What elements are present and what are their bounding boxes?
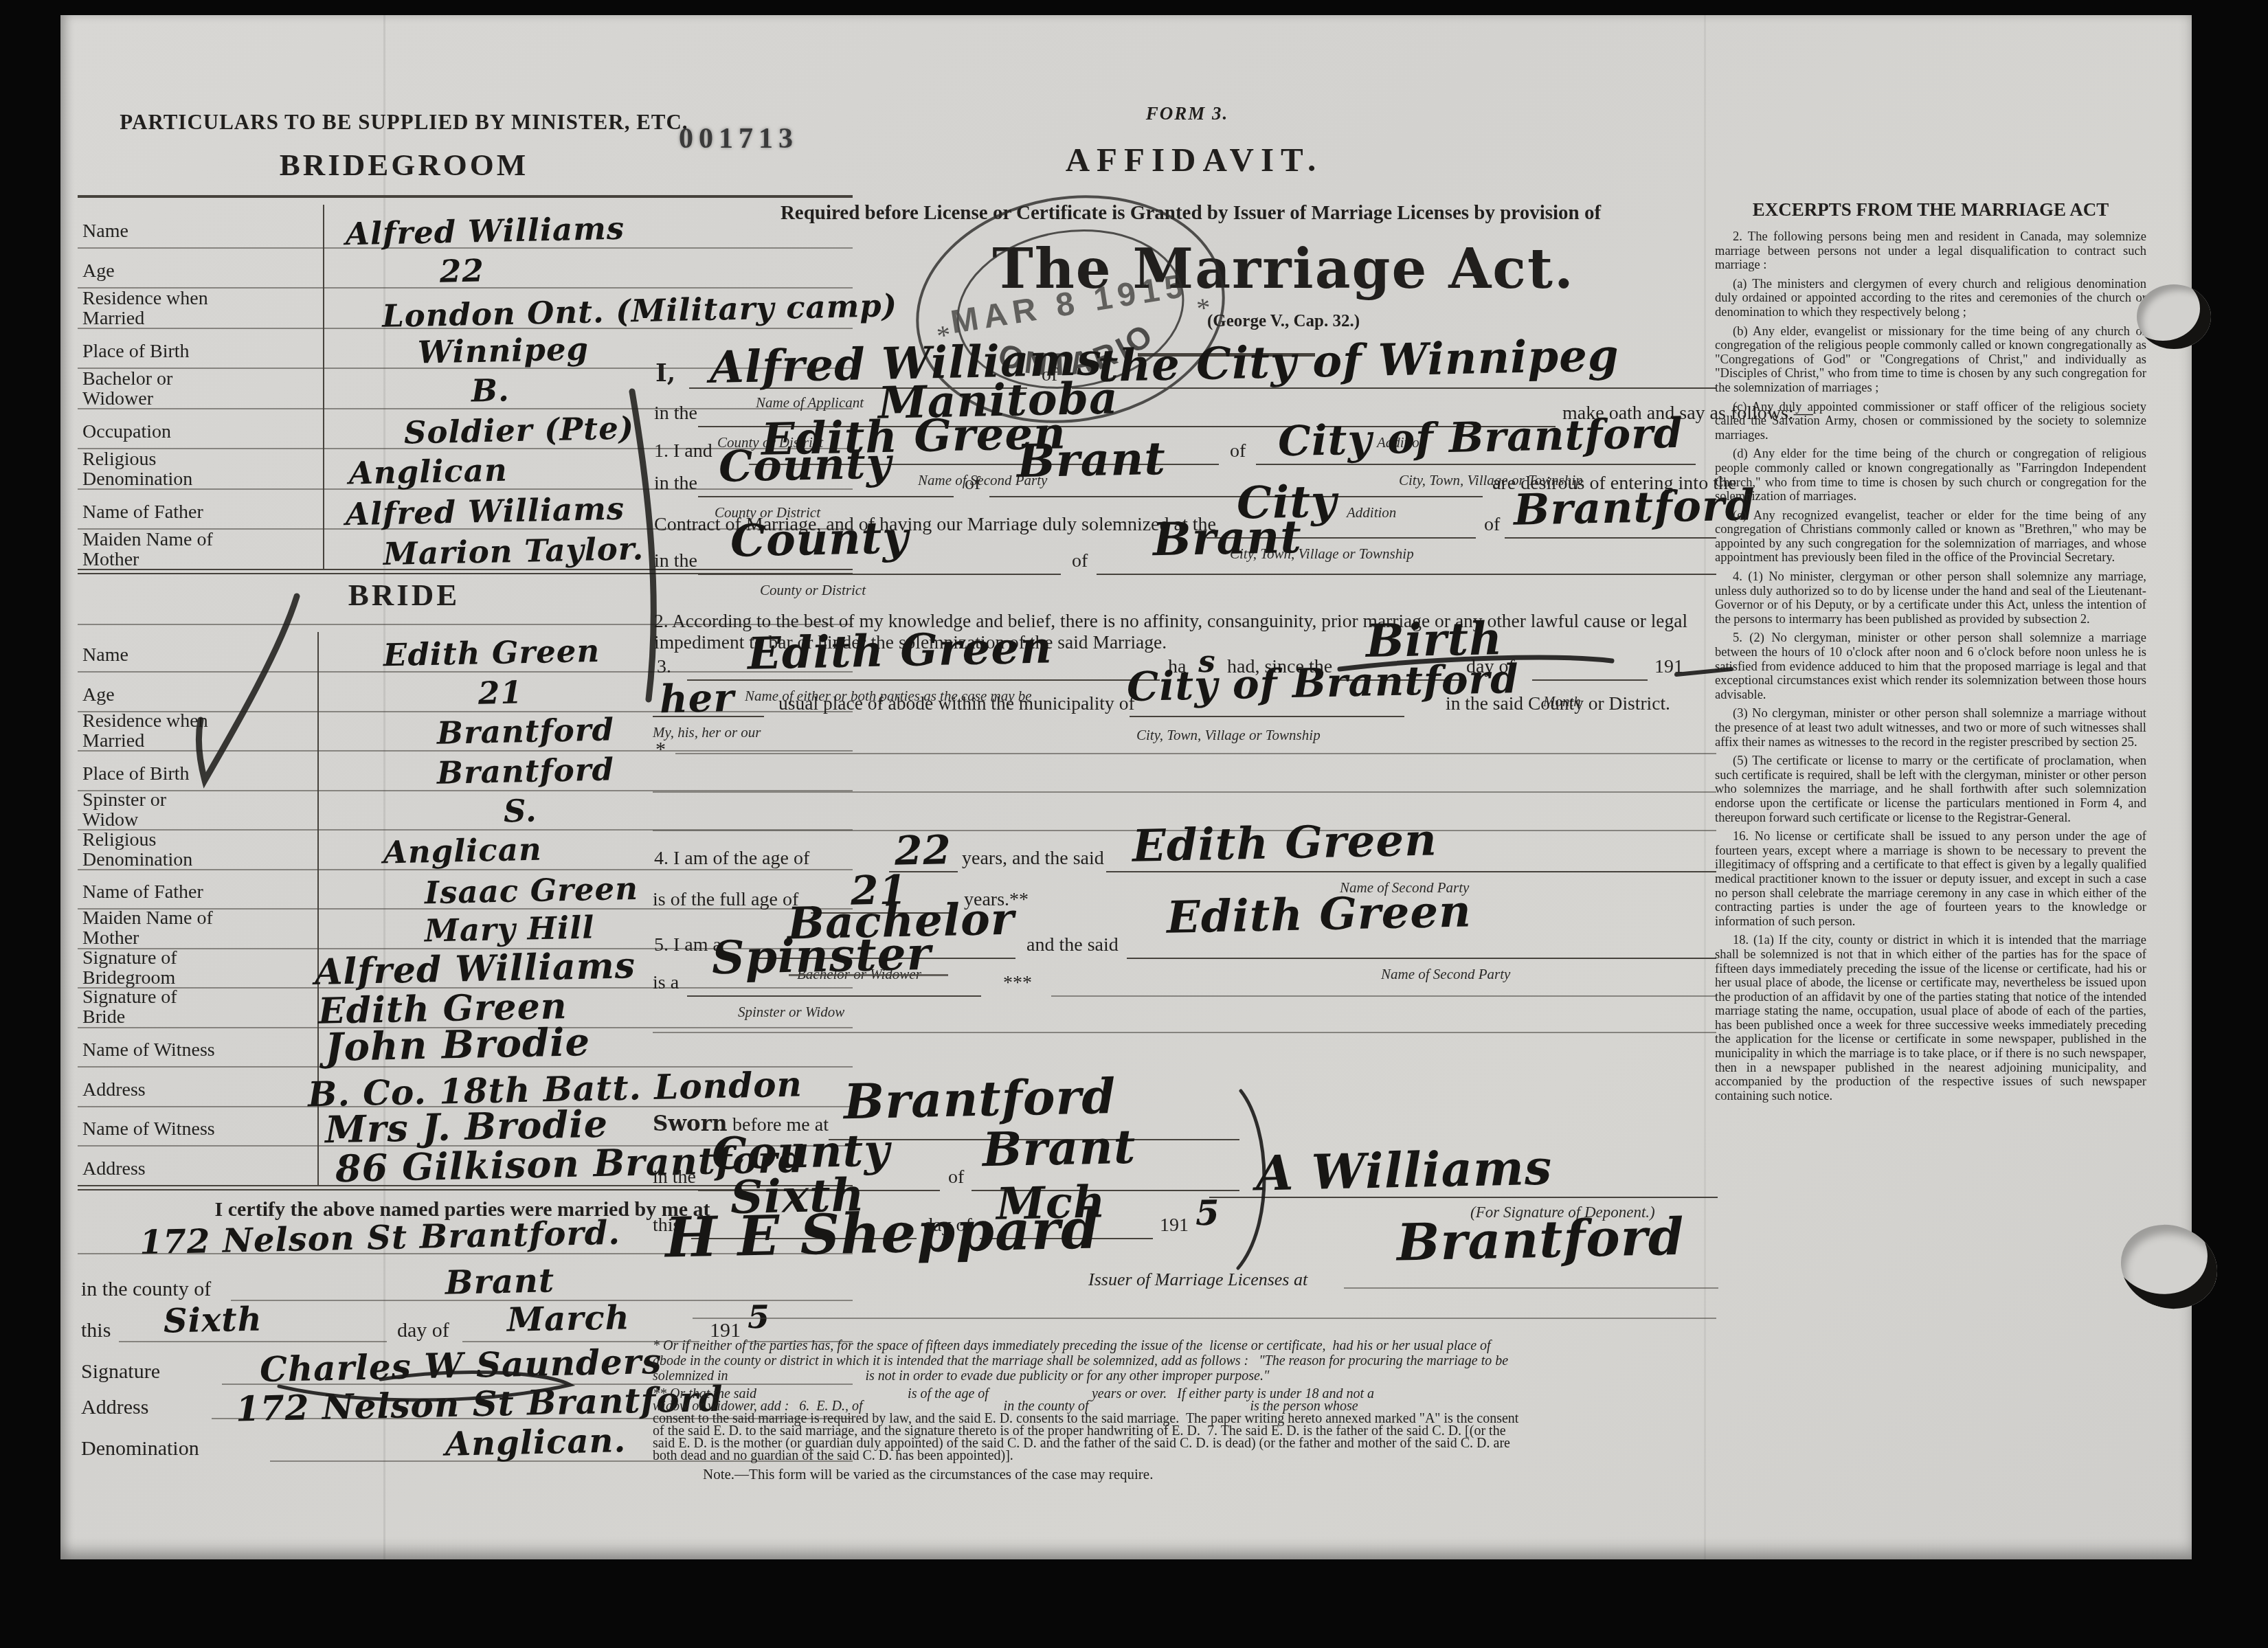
issuer-place-handwritten: Brantford xyxy=(1396,1208,1685,1273)
blank-rule xyxy=(653,1032,1716,1033)
certify-denomination-handwritten: Anglican. xyxy=(445,1421,626,1463)
field-label: Residence when Married xyxy=(82,711,208,751)
field-label: Signature of Bride xyxy=(82,987,177,1027)
excerpt-paragraph: (5) The certificate or license to marry … xyxy=(1715,754,2146,825)
field-value-handwritten: Soldier (Pte) xyxy=(403,409,634,451)
field-value-handwritten: Mary Hill xyxy=(424,909,594,949)
column-divider xyxy=(323,205,324,570)
clause1-pre: 1. I and xyxy=(654,440,712,462)
field-label: Name xyxy=(82,645,128,665)
field-label: Spinster or Widow xyxy=(82,790,166,830)
field-label: Residence when Married xyxy=(82,289,208,328)
field-label: Name xyxy=(82,221,128,241)
excerpts-title: EXCERPTS FROM THE MARRIAGE ACT xyxy=(1715,199,2146,221)
printed-of: of xyxy=(1484,514,1500,536)
field-label: Name of Father xyxy=(82,882,203,902)
blank-rule xyxy=(1130,716,1404,717)
blank-rule xyxy=(653,716,764,717)
field-label: Maiden Name of Mother xyxy=(82,908,213,948)
certify-rule xyxy=(119,1341,387,1342)
blank-rule xyxy=(1097,574,1716,575)
second-party-place-handwritten: City of Brantford xyxy=(1277,409,1683,466)
left-panel-heading: PARTICULARS TO BE SUPPLIED BY MINISTER, … xyxy=(78,110,730,135)
sub-label: My, his, her or our xyxy=(653,724,761,741)
form-label: FORM 3. xyxy=(940,103,1435,124)
field-label: Address xyxy=(82,1080,146,1100)
form-note: Note.—This form will be varied as the ci… xyxy=(703,1466,1153,1483)
bridegroom-title: BRIDEGROOM xyxy=(78,147,730,183)
blank-rule xyxy=(693,1318,1716,1319)
excerpt-paragraph: (a) The ministers and clergymen of every… xyxy=(1715,278,2146,320)
field-label: Place of Birth xyxy=(82,341,190,361)
excerpt-paragraph: 18. (1a) If the city, county or district… xyxy=(1715,934,2146,1103)
excerpt-paragraph: (c) Any duly appointed commissioner or s… xyxy=(1715,400,2146,443)
field-value-handwritten: S. xyxy=(503,792,537,829)
field-value-handwritten: Brantford xyxy=(436,711,614,751)
abode-printed: usual place of abode within the municipa… xyxy=(778,692,1135,714)
field-label: Signature of Bridegroom xyxy=(82,948,177,988)
bride-title: BRIDE xyxy=(78,577,730,613)
blank-rule xyxy=(675,753,1716,754)
field-label: Address xyxy=(82,1159,146,1179)
clause5-status2-handwritten: Spinster xyxy=(711,927,932,985)
certify-county-handwritten: Brant xyxy=(445,1261,554,1302)
clause4-pre2: is of the full age of xyxy=(653,889,798,911)
excerpt-paragraph: 5. (2) No clergyman, minister or other p… xyxy=(1715,631,2146,702)
certify-county-label: in the county of xyxy=(81,1278,211,1301)
sub-label: Name of Applicant xyxy=(756,394,864,411)
field-value-handwritten: Alfred Williams xyxy=(345,490,625,532)
field-label: Name of Witness xyxy=(82,1040,215,1060)
blank-rule xyxy=(698,574,1061,575)
certify-address-label: Address xyxy=(81,1396,148,1419)
form-serial-number: 001713 xyxy=(679,122,798,155)
printed-in-the: in the xyxy=(654,403,697,425)
certify-dayof-label: day of xyxy=(397,1319,449,1342)
stamp-date: MAR 8 1915 xyxy=(948,267,1191,341)
field-label: Maiden Name of Mother xyxy=(82,530,213,569)
clause5-name-handwritten: Edith Green xyxy=(1166,885,1472,943)
field-value-handwritten: Brantford xyxy=(436,751,614,791)
excerpt-paragraph: 2. The following persons being men and r… xyxy=(1715,230,2146,273)
field-label: Religious Denomination xyxy=(82,449,192,489)
blank-rule xyxy=(1505,537,1716,539)
sub-label: Name of Second Party xyxy=(1381,966,1510,983)
abode-pronoun-handwritten: her xyxy=(659,675,734,722)
field-value-handwritten: Anglican xyxy=(348,452,508,492)
printed-in-the: in the xyxy=(654,550,697,572)
field-value-handwritten: 21 xyxy=(478,674,523,711)
clause5-mid: and the said xyxy=(1026,934,1119,956)
footnote-line: both dead and no guardian of the said C.… xyxy=(653,1448,1013,1464)
blank-rule xyxy=(1127,958,1716,959)
bridegroom-signature: Alfred Williams xyxy=(314,945,636,993)
excerpts-column: EXCERPTS FROM THE MARRIAGE ACT 2. The fo… xyxy=(1715,199,2146,1556)
blank-rule xyxy=(653,791,1716,793)
sub-label: Spinster or Widow xyxy=(738,1004,844,1021)
footnote-line: * Or if neither of the parties has, for … xyxy=(653,1338,1491,1354)
excerpt-paragraph: 16. No license or certificate shall be i… xyxy=(1715,830,2146,929)
field-value-handwritten: Anglican xyxy=(383,831,542,871)
clause3-name-handwritten: Edith Green xyxy=(747,622,1053,679)
sworn-year-printed: 191 xyxy=(1160,1215,1189,1237)
printed-in-the: in the xyxy=(654,473,697,495)
field-rule xyxy=(78,408,853,409)
issuer-signature-handwritten: H E Sheppard xyxy=(664,1196,1101,1269)
blank-rule xyxy=(698,496,954,497)
county-word-handwritten: County xyxy=(730,512,909,567)
punch-hole xyxy=(2137,284,2211,349)
document-page: PARTICULARS TO BE SUPPLIED BY MINISTER, … xyxy=(60,15,2192,1559)
county-name-handwritten: Brant xyxy=(1016,431,1166,488)
clause5-stars: *** xyxy=(1003,972,1032,994)
excerpt-paragraph: (3) No clergyman, minister or other pers… xyxy=(1715,707,2146,749)
field-label: Religious Denomination xyxy=(82,830,192,870)
field-value-handwritten: Winnipeg xyxy=(417,330,589,370)
deponent-signature-handwritten: A Williams xyxy=(1255,1138,1553,1201)
county-name-handwritten: Brant xyxy=(1152,510,1302,567)
blank-rule xyxy=(1344,1287,1718,1289)
excerpt-paragraph: (d) Any elder for the time being of the … xyxy=(1715,447,2146,504)
clause4-name-handwritten: Edith Green xyxy=(1132,814,1437,872)
field-value-handwritten: Edith Green xyxy=(383,633,600,674)
clause4-mid: years, and the said xyxy=(962,848,1104,870)
certify-month-handwritten: March xyxy=(506,1298,630,1340)
field-label: Name of Father xyxy=(82,502,203,522)
deponent-place-handwritten: the City of Winnipeg xyxy=(1097,330,1619,392)
printed-of: of xyxy=(965,473,980,495)
field-label: Age xyxy=(82,685,115,705)
footnote-line: solemnized in is not in order to evade d… xyxy=(653,1368,1269,1384)
blank-rule xyxy=(687,995,981,997)
blank-rule xyxy=(1532,679,1648,681)
certify-this-label: this xyxy=(81,1319,111,1342)
certify-signature-label: Signature xyxy=(81,1360,160,1384)
sworn-year-digit-handwritten: 5 xyxy=(1195,1193,1220,1234)
field-value-handwritten: 22 xyxy=(439,252,484,289)
sworn-in-the: in the xyxy=(653,1166,696,1188)
printed-of: of xyxy=(948,1166,964,1188)
field-label: Place of Birth xyxy=(82,764,190,784)
deponent-pre: I, xyxy=(655,359,675,387)
certify-day-handwritten: Sixth xyxy=(163,1300,262,1341)
asterisk-mark: * xyxy=(655,738,666,761)
footnote-line: abode in the county or district in which… xyxy=(653,1353,1508,1369)
blank-rule xyxy=(1106,871,1716,872)
signature-rule xyxy=(1209,1197,1718,1198)
field-label: Bachelor or Widower xyxy=(82,369,172,409)
printed-of: of xyxy=(1230,440,1246,462)
sub-label: Addition xyxy=(1347,504,1396,521)
field-value-handwritten: Isaac Green xyxy=(424,870,638,911)
field-value-handwritten: B. xyxy=(471,372,510,409)
witness-name-handwritten: John Brodie xyxy=(324,1019,590,1070)
scanned-marriage-affidavit: { "scan": { "form_number": "001713" }, "… xyxy=(0,0,2268,1648)
field-label: Occupation xyxy=(82,422,171,442)
clause5-pre2: is a xyxy=(653,972,679,994)
issuer-printed-label: Issuer of Marriage Licenses at xyxy=(1088,1269,1307,1290)
clause4-pre: 4. I am of the age of xyxy=(654,848,809,870)
sworn-county-handwritten: Brant xyxy=(982,1120,1136,1178)
field-label: Age xyxy=(82,261,115,281)
county-word-handwritten: County xyxy=(718,438,892,491)
certify-year-digit-handwritten: 5 xyxy=(747,1298,770,1336)
sub-label: County or District xyxy=(760,582,866,599)
clause3-number: 3. xyxy=(657,656,671,678)
printed-of: of xyxy=(1072,550,1088,572)
field-value-handwritten: Alfred Williams xyxy=(345,210,625,252)
abode-printed-end: in the said County or District. xyxy=(1446,692,1670,714)
field-value-handwritten: Marion Taylor. xyxy=(383,530,644,572)
certify-denomination-label: Denomination xyxy=(81,1437,199,1460)
section-rule xyxy=(78,195,853,198)
blank-rule xyxy=(1051,995,1716,997)
excerpt-paragraph: 4. (1) No minister, clergyman or other p… xyxy=(1715,570,2146,627)
printed-year-191: 191 xyxy=(1654,656,1683,678)
stamp-star-icon: * xyxy=(1195,291,1213,324)
excerpt-paragraph: (e) Any recognized evangelist, teacher o… xyxy=(1715,509,2146,565)
excerpt-paragraph: (b) Any elder, evangelist or missionary … xyxy=(1715,325,2146,396)
field-label: Name of Witness xyxy=(82,1119,215,1139)
sub-label: City, Town, Village or Township xyxy=(1136,727,1321,744)
